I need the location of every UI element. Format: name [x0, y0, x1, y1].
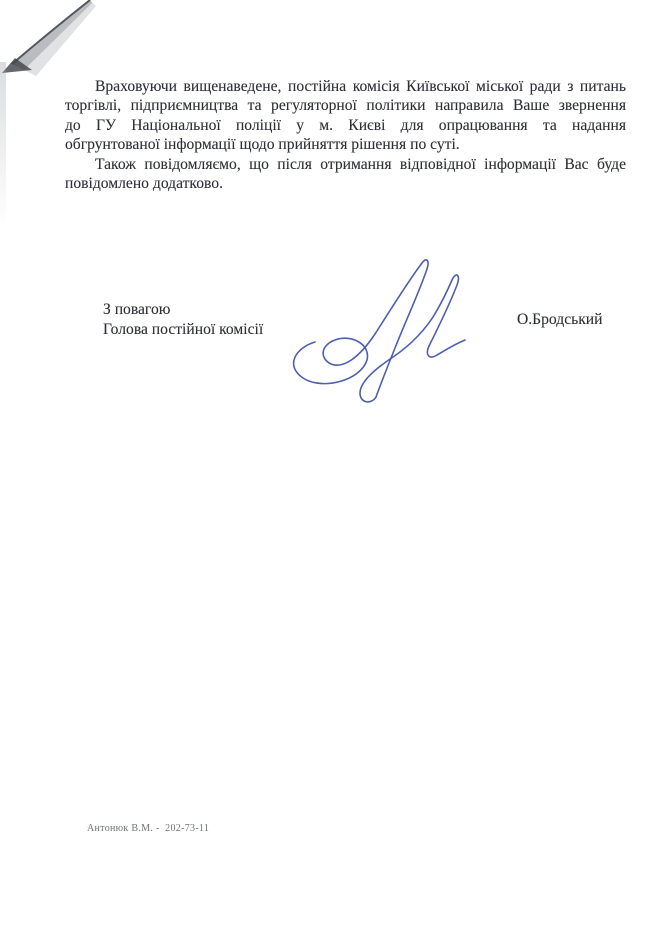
executor-reference: Антонюк В.М. - 202-73-11	[87, 823, 209, 834]
closing-block: З повагою Голова постійної комісії	[103, 300, 263, 340]
letter-body: Враховуючи вищенаведене, постійна комісі…	[65, 77, 626, 193]
signature-ink	[281, 254, 469, 406]
closing-salutation: З повагою	[103, 300, 263, 320]
document-page: Враховуючи вищенаведене, постійна комісі…	[0, 0, 668, 936]
text-line: Також повідомляємо, що після отримання в…	[65, 155, 626, 174]
paragraph: Також повідомляємо, що після отримання в…	[65, 155, 626, 194]
text-line: торгівлі, підприємництва та регуляторної…	[65, 96, 626, 115]
paragraph: Враховуючи вищенаведене, постійна комісі…	[65, 77, 626, 155]
text-line: до ГУ Національної поліції у м. Києві дл…	[65, 116, 626, 135]
text-line: обгрунтованої інформації щодо прийняття …	[65, 135, 626, 154]
signer-name: О.Бродський	[517, 311, 603, 329]
text-line: Враховуючи вищенаведене, постійна комісі…	[65, 77, 626, 96]
signer-title: Голова постійної комісії	[103, 320, 263, 340]
text-line: повідомлено додатково.	[65, 174, 626, 193]
